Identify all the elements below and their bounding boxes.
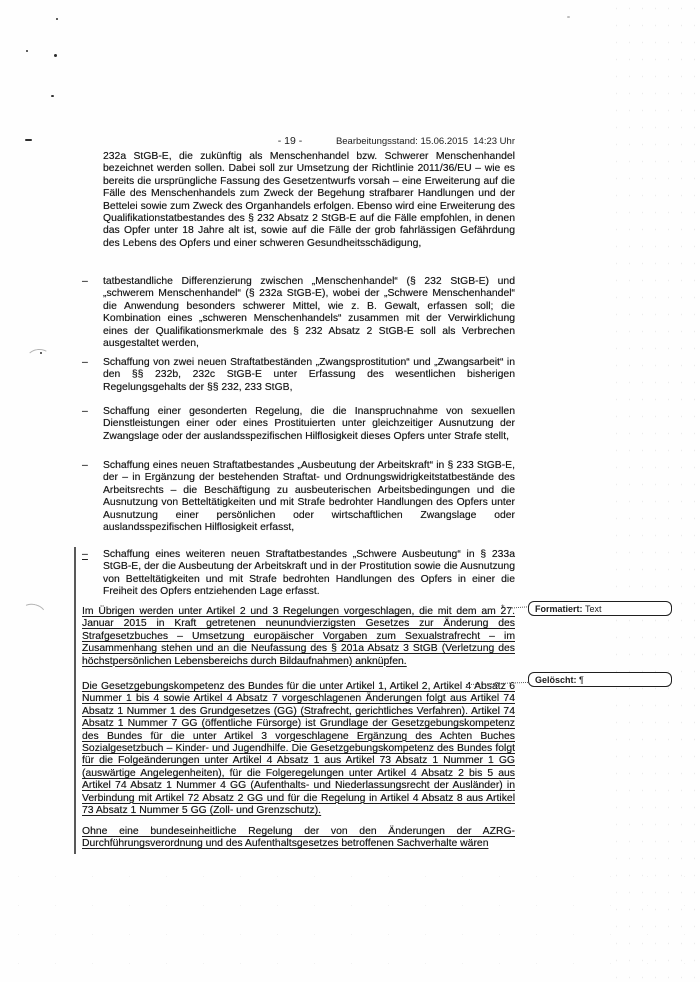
bullet-text: Schaffung einer gesonderten Regelung, di… xyxy=(103,406,515,443)
bullet-text: Schaffung eines neuen Straftatbestandes … xyxy=(103,460,515,534)
formatted-annotation-callout: Formatiert: Text xyxy=(528,601,672,616)
pencil-mark xyxy=(26,348,51,366)
paragraph-inserted: Ohne eine bundeseinheitliche Regelung de… xyxy=(82,826,515,851)
paragraph-inserted: Die Gesetzgebungskompetenz des Bundes fü… xyxy=(82,681,515,817)
annotation-value: ¶ xyxy=(579,675,584,685)
bullet-item-inserted: – Schaffung eines weiteren neuen Strafta… xyxy=(82,549,515,599)
annotation-anchor-icon: * xyxy=(501,603,505,613)
bullet-dash: – xyxy=(82,276,103,350)
scan-speck xyxy=(51,95,54,97)
bullet-text: Schaffung eines weiteren neuen Straftatb… xyxy=(103,549,515,599)
scan-speck xyxy=(25,139,32,141)
annotation-label: Formatiert: xyxy=(535,604,583,614)
scan-speck xyxy=(26,50,28,52)
paragraph-inserted: Im Übrigen werden unter Artikel 2 und 3 … xyxy=(82,606,515,668)
deleted-annotation-callout: Gelöscht: ¶ xyxy=(528,672,672,687)
document-page: - 19 - Bearbeitungsstand: 15.06.2015 14:… xyxy=(0,0,700,982)
scan-speck xyxy=(567,16,570,18)
annotation-value: Text xyxy=(585,604,602,614)
scan-speck xyxy=(54,54,57,57)
bullet-item: – tatbestandliche Differenzierung zwisch… xyxy=(82,276,515,350)
annotation-connector xyxy=(508,606,529,608)
scan-noise-bottom xyxy=(0,862,700,982)
bullet-dash-inserted: – xyxy=(82,549,103,599)
bullet-text: tatbestandliche Differenzierung zwischen… xyxy=(103,276,515,350)
bullet-item: – Schaffung einer gesonderten Regelung, … xyxy=(82,406,515,443)
scan-noise-right xyxy=(610,0,700,982)
edit-status-line: Bearbeitungsstand: 15.06.2015 14:23 Uhr xyxy=(300,136,515,148)
pencil-mark xyxy=(19,601,48,625)
bullet-dash: – xyxy=(82,357,103,394)
annotation-label: Gelöscht: xyxy=(535,675,577,685)
bullet-item: – Schaffung eines neuen Straftatbestande… xyxy=(82,460,515,534)
bullet-item: – Schaffung von zwei neuen Straftatbestä… xyxy=(82,357,515,394)
scan-speck xyxy=(56,18,58,20)
paragraph-intro: 232a StGB-E, die zukünftig als Menschenh… xyxy=(82,151,515,250)
bullet-dash: – xyxy=(82,460,103,534)
bullet-text: Schaffung von zwei neuen Straftatbeständ… xyxy=(103,357,515,394)
change-bar xyxy=(74,547,76,854)
bullet-dash: – xyxy=(82,406,103,443)
